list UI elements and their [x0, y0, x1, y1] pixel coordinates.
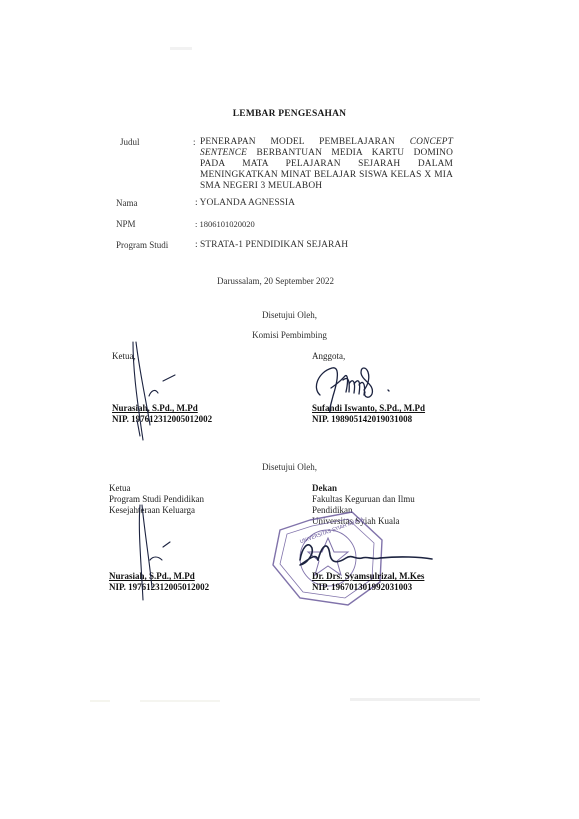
scan-artifact: [90, 700, 110, 702]
approval-2-right-nip: NIP. 196701301992031003: [312, 582, 412, 592]
scan-artifact: [350, 698, 480, 701]
approval-2-right-name: Dr. Drs. Syamsulrizal, M.Kes: [312, 571, 424, 581]
scan-artifact: [140, 700, 220, 702]
signature-syamsulrizal: [0, 0, 579, 819]
